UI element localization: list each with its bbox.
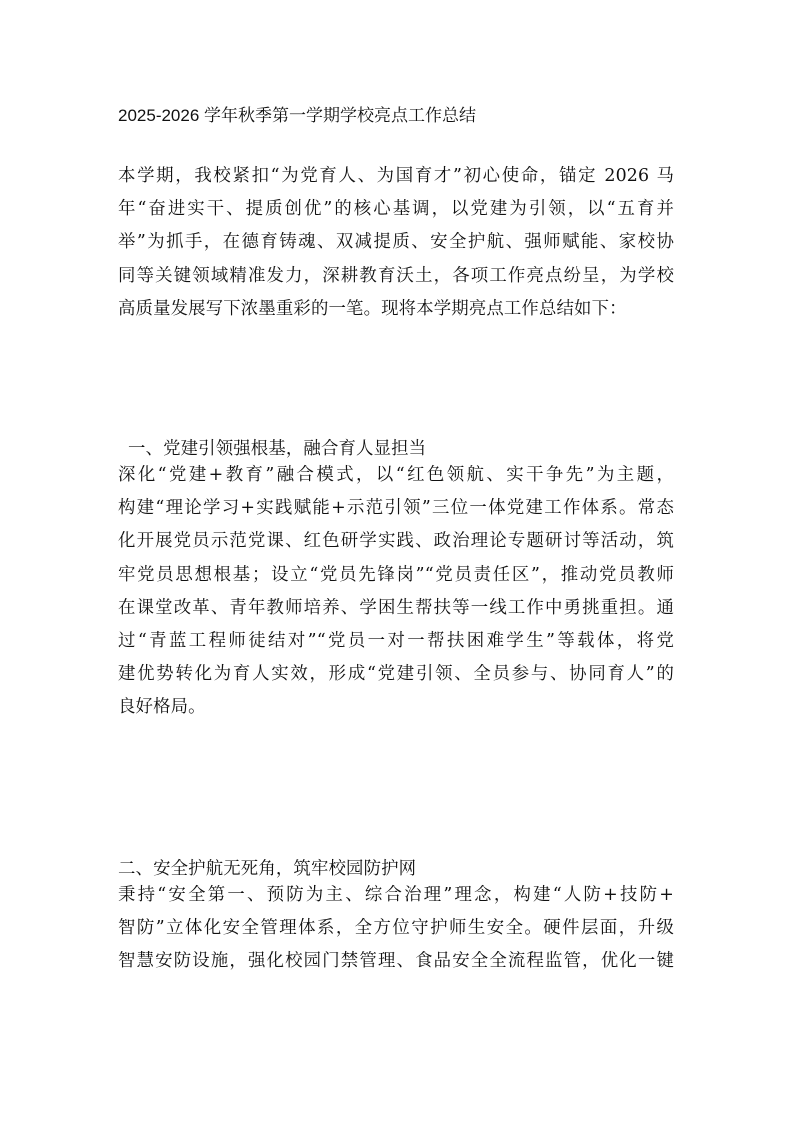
paragraph-line: 秉持“安全第一、预防为主、综合治理”理念，构建“人防+技防+ <box>118 879 674 912</box>
paragraph-line: 高质量发展写下浓墨重彩的一笔。现将本学期亮点工作总结如下： <box>118 293 674 326</box>
paragraph-line: 智慧安防设施，强化校园门禁管理、食品安全全流程监管，优化一键 <box>118 945 674 978</box>
section-heading-party-building: 一、党建引领强根基，融合育人显担当 <box>128 437 426 461</box>
section-paragraph-party-building: 深化“党建+教育”融合模式，以“红色领航、实干争先”为主题， 构建“理论学习+实… <box>118 459 674 725</box>
paragraph-line: 本学期，我校紧扣“为党育人、为国育才”初心使命，锚定 2026 马 <box>118 160 674 193</box>
paragraph-line: 建优势转化为育人实效，形成“党建引领、全员参与、协同育人”的 <box>118 658 674 691</box>
paragraph-line: 智防”立体化安全管理体系，全方位守护师生安全。硬件层面，升级 <box>118 912 674 945</box>
paragraph-line: 深化“党建+教育”融合模式，以“红色领航、实干争先”为主题， <box>118 459 674 492</box>
paragraph-line: 同等关键领域精准发力，深耕教育沃土，各项工作亮点纷呈，为学校 <box>118 260 674 293</box>
paragraph-line: 过“青蓝工程师徒结对”“党员一对一帮扶困难学生”等载体，将党 <box>118 625 674 658</box>
paragraph-line: 化开展党员示范党课、红色研学实践、政治理论专题研讨等活动，筑 <box>118 525 674 558</box>
paragraph-line: 构建“理论学习+实践赋能+示范引领”三位一体党建工作体系。常态 <box>118 492 674 525</box>
paragraph-line: 举”为抓手，在德育铸魂、双减提质、安全护航、强师赋能、家校协 <box>118 226 674 259</box>
section-heading-safety: 二、安全护航无死角，筑牢校园防护网 <box>118 857 416 881</box>
section-paragraph-safety: 秉持“安全第一、预防为主、综合治理”理念，构建“人防+技防+ 智防”立体化安全管… <box>118 879 674 979</box>
paragraph-line: 在课堂改革、青年教师培养、学困生帮扶等一线工作中勇挑重担。通 <box>118 592 674 625</box>
paragraph-line: 良好格局。 <box>118 691 674 724</box>
intro-paragraph: 本学期，我校紧扣“为党育人、为国育才”初心使命，锚定 2026 马 年“奋进实干… <box>118 160 674 326</box>
paragraph-line: 牢党员思想根基；设立“党员先锋岗”“党员责任区”，推动党员教师 <box>118 559 674 592</box>
document-title: 2025-2026 学年秋季第一学期学校亮点工作总结 <box>118 104 476 128</box>
paragraph-line: 年“奋进实干、提质创优”的核心基调，以党建为引领，以“五育并 <box>118 193 674 226</box>
